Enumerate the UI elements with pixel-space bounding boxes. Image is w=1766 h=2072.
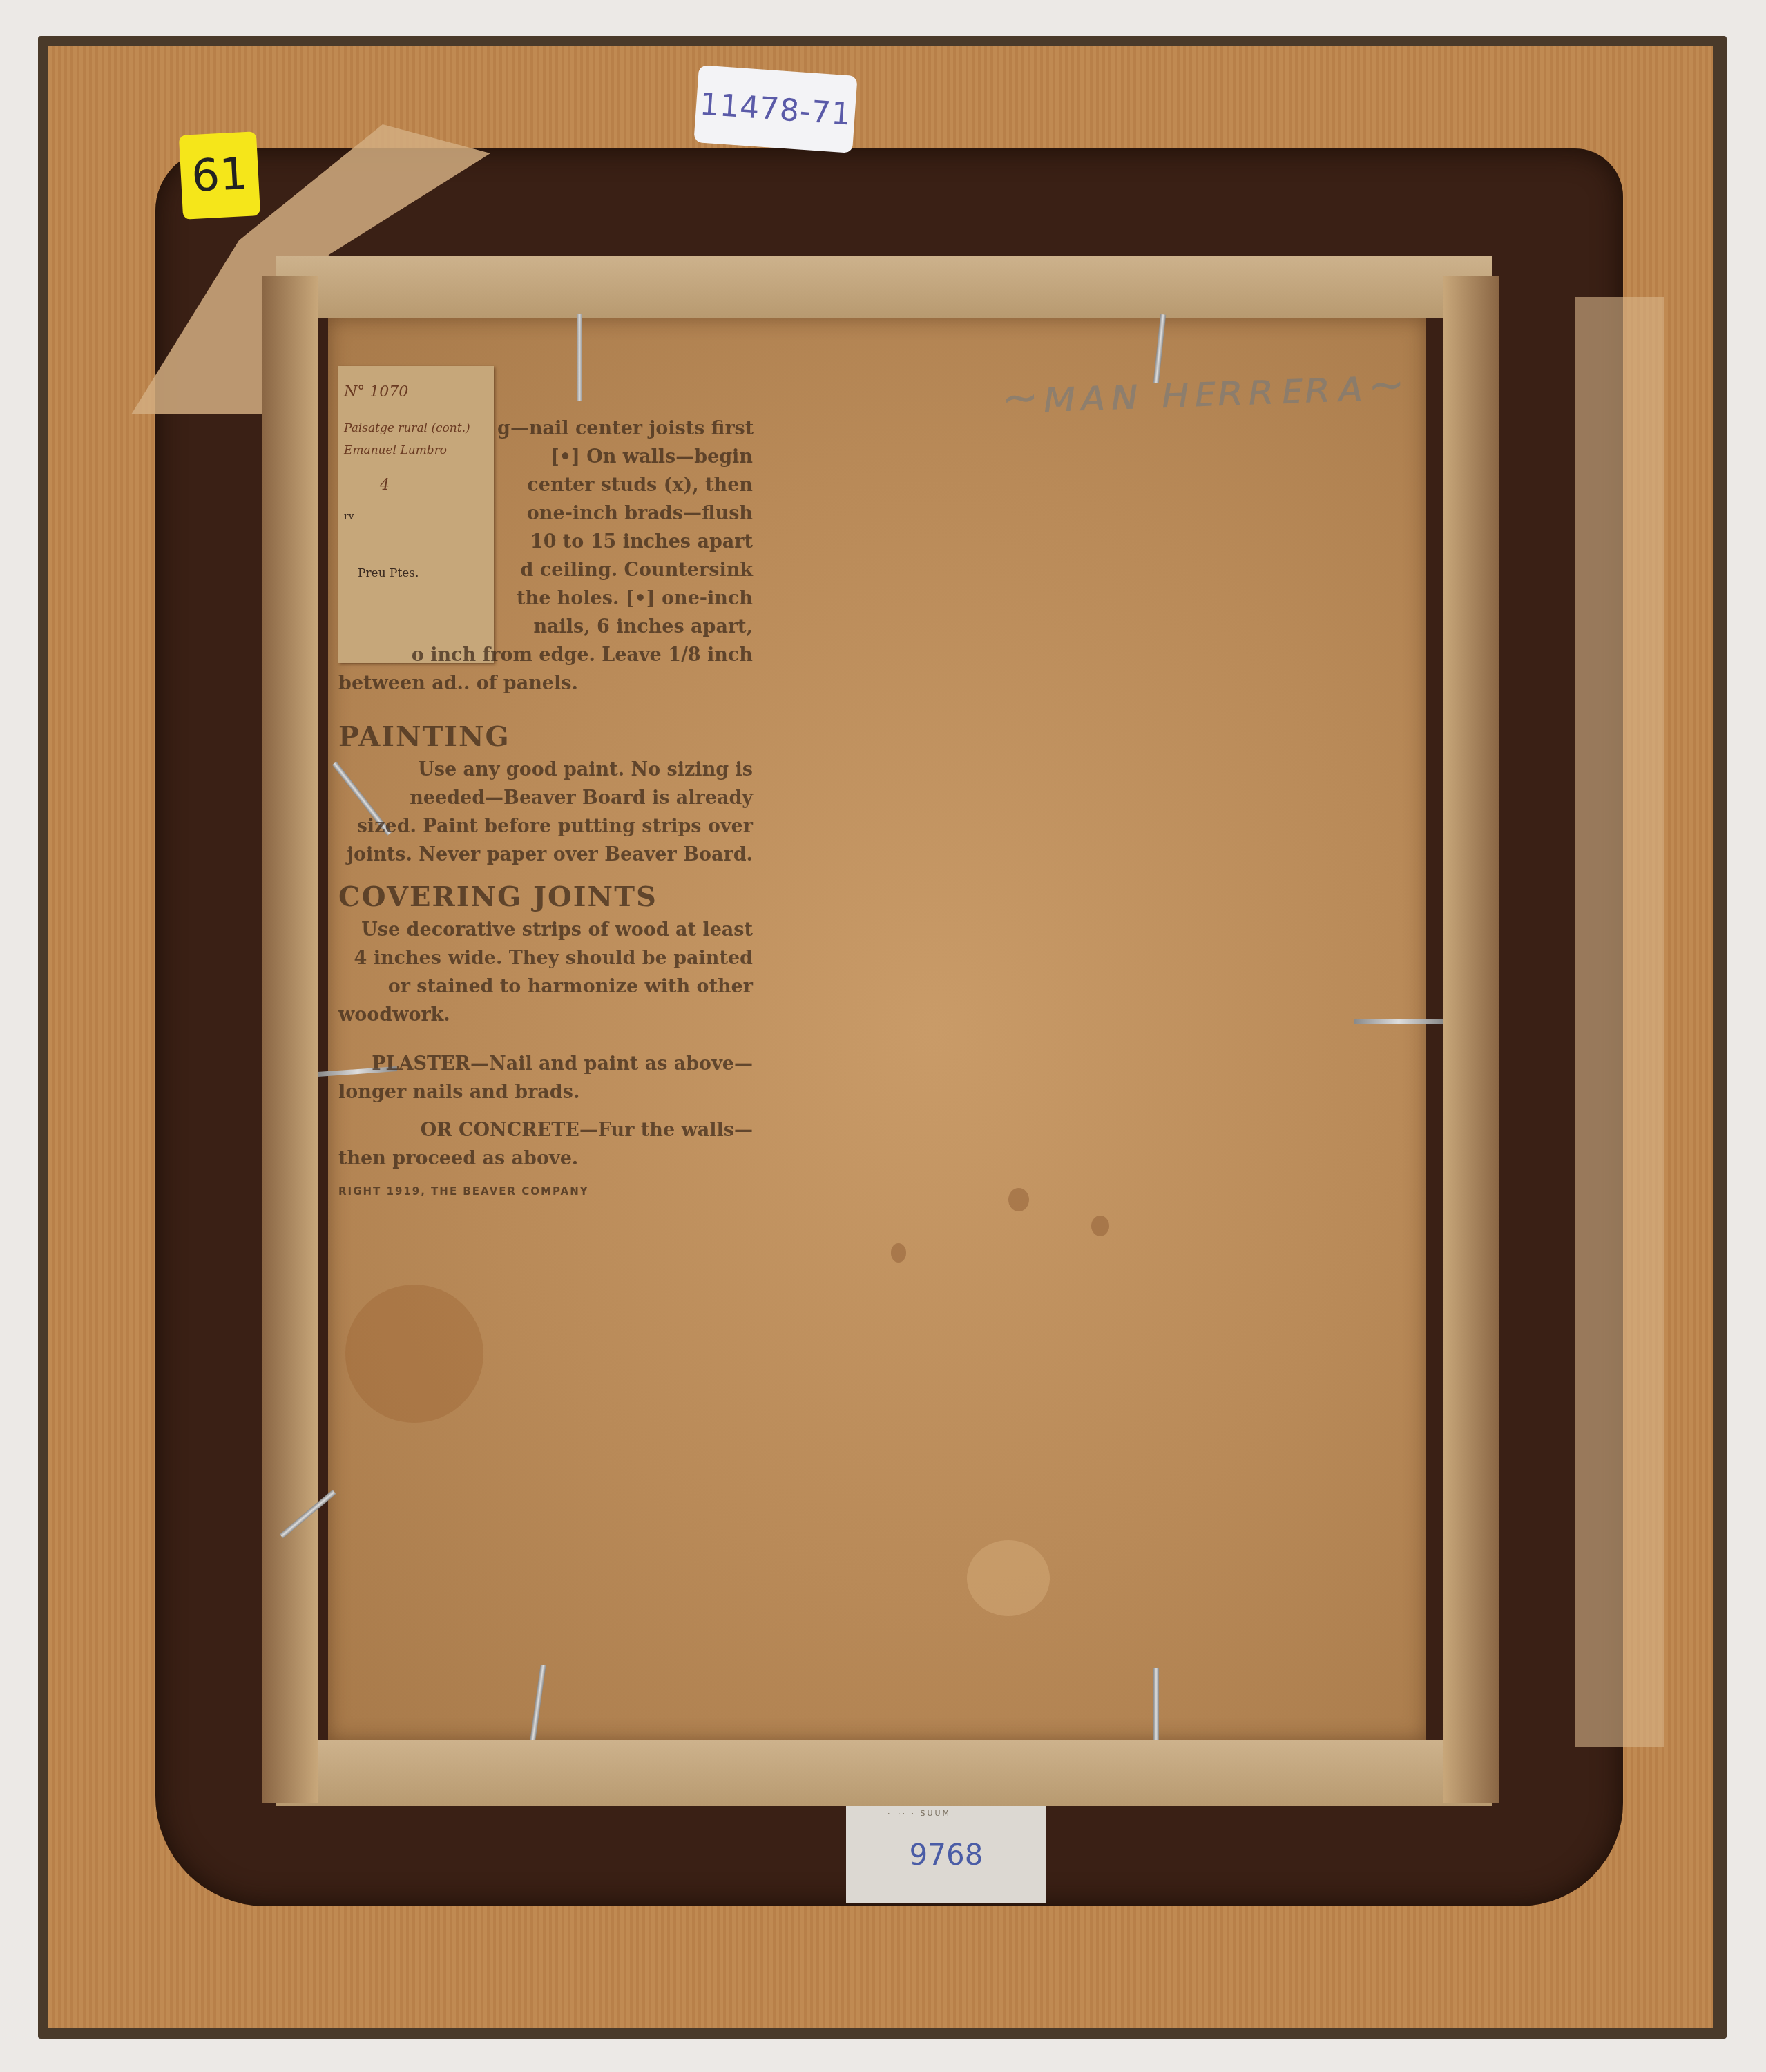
instr-line: between ad.. of panels. <box>338 669 753 698</box>
stain-spot <box>1008 1188 1029 1211</box>
instr-line: joints. Never paper over Beaver Board. <box>338 841 753 869</box>
instr-line: Use decorative strips of wood at least <box>338 916 753 944</box>
nail <box>1153 1668 1159 1740</box>
sticker-header-text: ·–·· · SUUM <box>887 1809 951 1818</box>
instr-line: g—nail center joists first <box>338 414 753 443</box>
stretcher-bar-right <box>1443 276 1499 1803</box>
sticker-number: 9768 <box>910 1838 983 1872</box>
water-stain <box>345 1285 483 1423</box>
copyright-footer: RIGHT 1919, THE BEAVER COMPANY <box>338 1185 753 1198</box>
instr-line: 10 to 15 inches apart <box>338 528 753 556</box>
inventory-number-sticker: 11478-71 <box>693 65 857 153</box>
stain-spot <box>1091 1216 1109 1236</box>
label-number: N° 1070 <box>344 383 408 401</box>
instr-line: PLASTER—Nail and paint as above— <box>338 1050 753 1078</box>
stretcher-bar-bottom <box>276 1740 1492 1806</box>
bottom-catalog-sticker: ·–·· · SUUM 9768 <box>846 1806 1046 1903</box>
instr-line: then proceed as above. <box>338 1144 753 1173</box>
instr-line: o inch from edge. Leave 1/8 inch <box>338 641 753 669</box>
instr-line: OR CONCRETE—Fur the walls— <box>338 1116 753 1144</box>
instr-line: Use any good paint. No sizing is <box>338 756 753 784</box>
instr-line: 4 inches wide. They should be painted <box>338 944 753 972</box>
water-stain <box>967 1540 1050 1616</box>
stretcher-bar-top <box>276 256 1492 318</box>
instr-line: the holes. [•] one-inch <box>338 584 753 613</box>
heading-covering-joints: COVERING JOINTS <box>338 879 753 916</box>
instr-line: [•] On walls—begin <box>338 443 753 471</box>
stain-spot <box>891 1243 906 1263</box>
instr-line: needed—Beaver Board is already <box>338 784 753 812</box>
nail <box>577 314 582 401</box>
instr-line: longer nails and brads. <box>338 1078 753 1106</box>
heading-painting: PAINTING <box>338 718 753 756</box>
instr-line: center studs (x), then <box>338 471 753 499</box>
instr-line: or stained to harmonize with other <box>338 972 753 1001</box>
nail <box>1354 1019 1443 1024</box>
torn-paper-edge <box>1575 297 1664 1747</box>
instr-line: nails, 6 inches apart, <box>338 613 753 641</box>
instr-line: d ceiling. Countersink <box>338 556 753 584</box>
lot-number-sticker: 61 <box>179 131 260 220</box>
printed-instructions: g—nail center joists first [•] On walls—… <box>338 414 753 1198</box>
instr-line: sized. Paint before putting strips over <box>338 812 753 841</box>
instr-line: woodwork. <box>338 1001 753 1029</box>
stretcher-bar-left <box>262 276 318 1803</box>
instr-line: one-inch brads—flush <box>338 499 753 528</box>
